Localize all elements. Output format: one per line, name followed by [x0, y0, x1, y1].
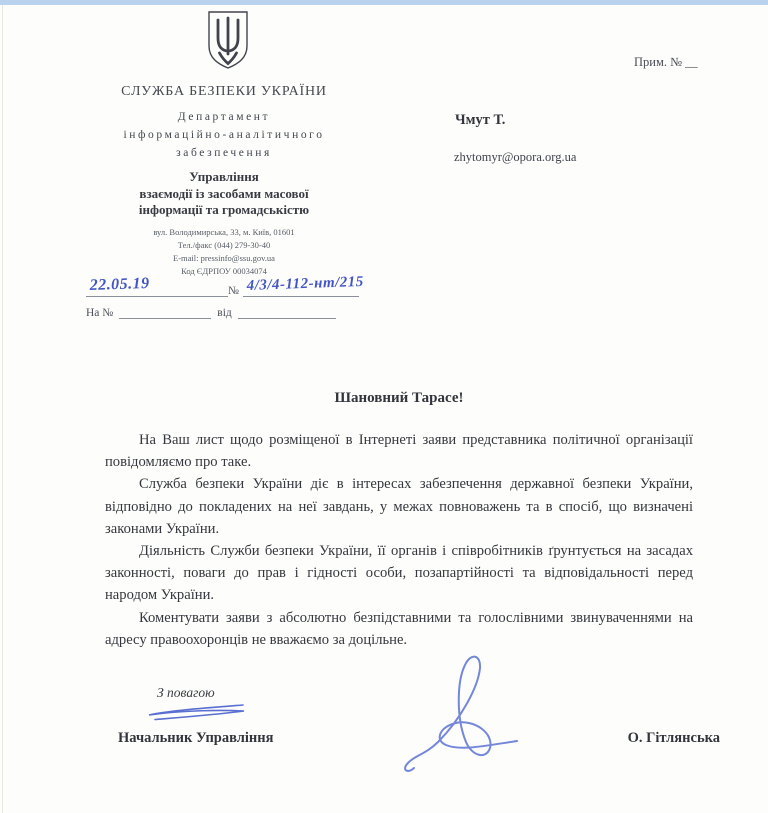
signer-name: О. Гітлянська — [560, 730, 720, 747]
division-line: Управління — [88, 169, 360, 186]
address-line: Тел./факс (044) 279-30-40 — [88, 239, 360, 252]
closing-phrase: З повагою — [157, 685, 215, 701]
handwritten-signature-icon — [398, 648, 523, 780]
signer-position: Начальник Управління — [118, 730, 273, 747]
paragraph: На Ваш лист щодо розміщеної в Інтернеті … — [105, 429, 693, 473]
handwritten-date: 22.05.19 — [89, 275, 150, 295]
paragraph: Служба безпеки України діє в інтересах з… — [105, 473, 693, 540]
pen-flourish-icon — [143, 702, 251, 724]
department-line: забезпечення — [73, 144, 375, 162]
copy-number-label: Прим. № __ — [634, 55, 698, 70]
letter-body: На Ваш лист щодо розміщеної в Інтернеті … — [105, 429, 693, 651]
org-address: вул. Володимирська, 33, м. Київ, 01601 Т… — [88, 226, 360, 278]
division-line: інформації та громадськістю — [88, 202, 360, 219]
reply-from-label: від — [217, 307, 231, 319]
division-name: Управління взаємодії із засобами масової… — [88, 169, 360, 219]
paragraph: Коментувати заяви з абсолютно безпідстав… — [105, 607, 693, 651]
salutation: Шановний Тарасе! — [105, 390, 693, 407]
scan-top-strip — [0, 0, 768, 5]
number-sign: № — [228, 285, 239, 297]
date-underline: 22.05.19 — [86, 278, 228, 297]
address-line: вул. Володимирська, 33, м. Київ, 01601 — [88, 226, 360, 239]
division-line: взаємодії із засобами масової — [88, 186, 360, 203]
recipient-email: zhytomyr@opora.org.ua — [454, 150, 576, 165]
reply-number-underline — [119, 303, 211, 319]
paragraph: Діяльність Служби безпеки України, її ор… — [105, 540, 693, 607]
handwritten-number: 4/3/4-112-нт/215 — [246, 274, 364, 295]
department-line: Департамент — [73, 108, 375, 126]
recipient-name: Чмут Т. — [455, 112, 505, 129]
ukraine-trident-emblem-icon — [205, 9, 251, 72]
org-name: СЛУЖБА БЕЗПЕКИ УКРАЇНИ — [88, 84, 360, 100]
reply-reference-row: На №від — [86, 303, 336, 319]
scan-edge-artifact — [2, 5, 3, 813]
reply-label: На № — [86, 307, 113, 319]
number-underline: 4/3/4-112-нт/215 — [243, 278, 359, 297]
address-line: E-mail: pressinfo@ssu.gov.ua — [88, 252, 360, 265]
department-line: інформаційно-аналітичного — [73, 126, 375, 144]
reference-row: 22.05.19 № 4/3/4-112-нт/215 — [86, 278, 386, 297]
reply-date-underline — [238, 303, 336, 319]
department-name: Департамент інформаційно-аналітичного за… — [73, 108, 375, 162]
